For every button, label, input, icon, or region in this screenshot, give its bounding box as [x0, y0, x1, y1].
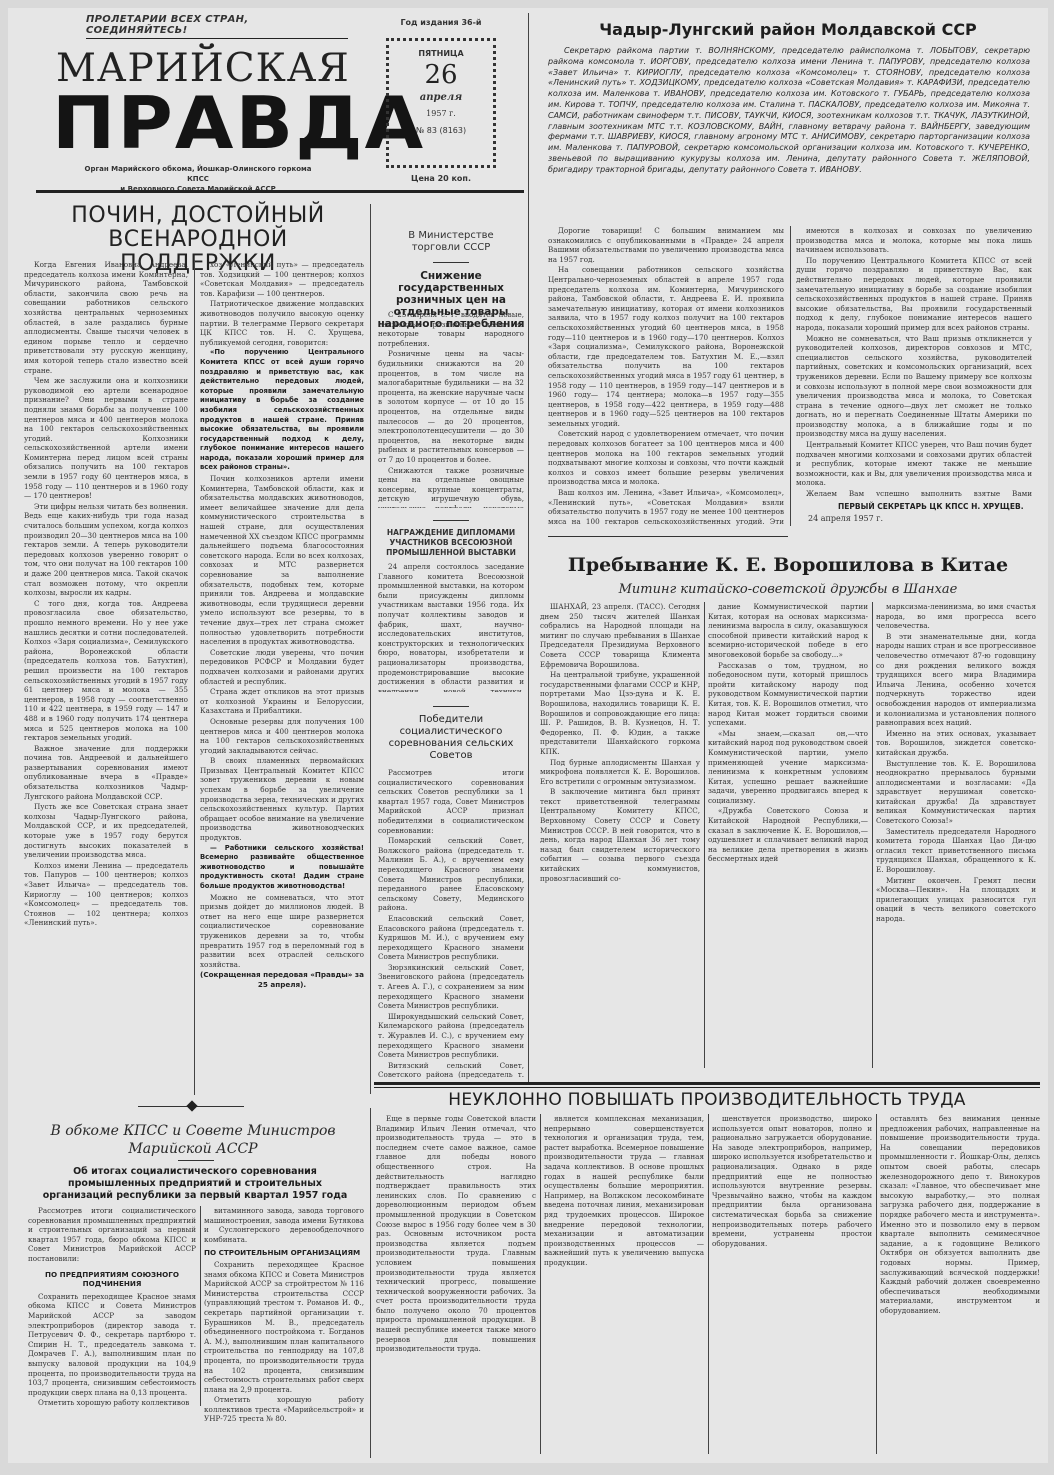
obkom-headline: Об итогах социалистического соревнования… — [34, 1166, 356, 1202]
diamond-ornament-icon — [186, 1100, 197, 1111]
masthead-rule — [36, 190, 524, 193]
source-note: (Сокращенная передовая «Правды» за 25 ап… — [200, 970, 364, 989]
productivity-col1: Еще в первые годы Советской власти Влади… — [376, 1114, 536, 1454]
productivity-headline: НЕУКЛОННО ПОВЫШАТЬ ПРОИЗВОДИТЕЛЬНОСТЬ ТР… — [374, 1090, 1040, 1110]
newspaper-page: ПРОЛЕТАРИИ ВСЕХ СТРАН, СОЕДИНЯЙТЕСЬ! МАР… — [8, 8, 1048, 1463]
appeal: — Работники сельского хозяйства! Всемерн… — [200, 844, 364, 892]
trade-body: С 25 апреля с. г. вводятся новые, снижен… — [378, 310, 524, 508]
exhibition-body: 24 апреля состоялось заседание Главного … — [378, 562, 524, 692]
obkom-kicker: В обкоме КПСС и Совете Министров Марийск… — [28, 1122, 358, 1158]
newspaper-title-bottom: ПРАВДА — [52, 84, 357, 162]
section-union-enterprises: ПО ПРЕДПРИЯТИЯМ СОЮЗНОГО ПОДЧИНЕНИЯ — [28, 1270, 196, 1289]
obkom-col2: витаминного завода, завода торгового маш… — [204, 1206, 364, 1456]
letter-addressees: Секретарю райкома партии т. ВОЛНЯНСКОМУ,… — [548, 46, 1030, 226]
day: 26 — [389, 58, 493, 92]
letter-date: 24 апреля 1957 г. — [808, 514, 1008, 523]
section-construction: ПО СТРОИТЕЛЬНЫМ ОРГАНИЗАЦИЯМ — [204, 1248, 364, 1258]
letter-col2: имеются в колхозах и совхозах по увеличе… — [796, 226, 1032, 496]
weekday: ПЯТНИЦА — [389, 49, 493, 58]
voroshilov-col3: марксизма-ленинизма, во имя счастья наро… — [876, 602, 1036, 1072]
letter-col1: Дорогие товарищи! С большим вниманием мы… — [548, 226, 784, 526]
slogan: ПРОЛЕТАРИИ ВСЕХ СТРАН, СОЕДИНЯЙТЕСЬ! — [86, 14, 348, 39]
productivity-col3: шенствуется производство, широко использ… — [712, 1114, 872, 1454]
voroshilov-col2: дание Коммунистической партии Китая, кот… — [708, 602, 868, 1072]
obkom-col1: Рассмотрев итоги социалистического сорев… — [28, 1206, 196, 1456]
price: Цена 20 коп. — [386, 174, 496, 183]
voroshilov-subheadline: Митинг китайско-советской дружбы в Шанха… — [538, 582, 1038, 597]
village-councils-headline: Победители социалистического соревновани… — [378, 714, 524, 762]
year-of-publication: Год издания 36-й — [386, 18, 496, 27]
signature: ПЕРВЫЙ СЕКРЕТАРЬ ЦК КПСС Н. ХРУЩЕВ. — [838, 502, 1038, 511]
voroshilov-headline: Пребывание К. Е. Ворошилова в Китае — [538, 554, 1038, 576]
productivity-col4: оставлять без внимания ценные предложени… — [880, 1114, 1040, 1454]
productivity-col2: является комплексная механизация, непрер… — [544, 1114, 704, 1454]
month: апреля — [389, 92, 493, 103]
lead-article-col1: Когда Евгения Ивановна Андреева, председ… — [24, 260, 188, 1100]
trade-kicker: В Министерстве торговли СССР — [378, 230, 524, 254]
voroshilov-col1: ШАНХАЙ, 23 апреля. (ТАСС). Сегодня днем … — [540, 602, 700, 1072]
column-rule — [528, 13, 529, 1083]
village-councils-body: Рассмотрев итоги социалистического сорев… — [378, 768, 524, 1080]
issue-number: № 83 (8163) — [389, 126, 493, 135]
lead-article-col2: хоз «Ленинский путь» — председатель тов.… — [200, 260, 364, 1100]
year: 1957 г. — [389, 109, 493, 118]
exhibition-headline: НАГРАЖДЕНИЕ ДИПЛОМАМИ УЧАСТНИКОВ ВСЕСОЮЗ… — [380, 528, 522, 558]
date-box: ПЯТНИЦА 26 апреля 1957 г. № 83 (8163) — [386, 38, 496, 168]
khrushchev-quote: «По поручению Центрального Комитета КПСС… — [200, 348, 364, 473]
moldova-headline: Чадыр-Лунгский район Молдавской ССР — [538, 20, 1038, 39]
